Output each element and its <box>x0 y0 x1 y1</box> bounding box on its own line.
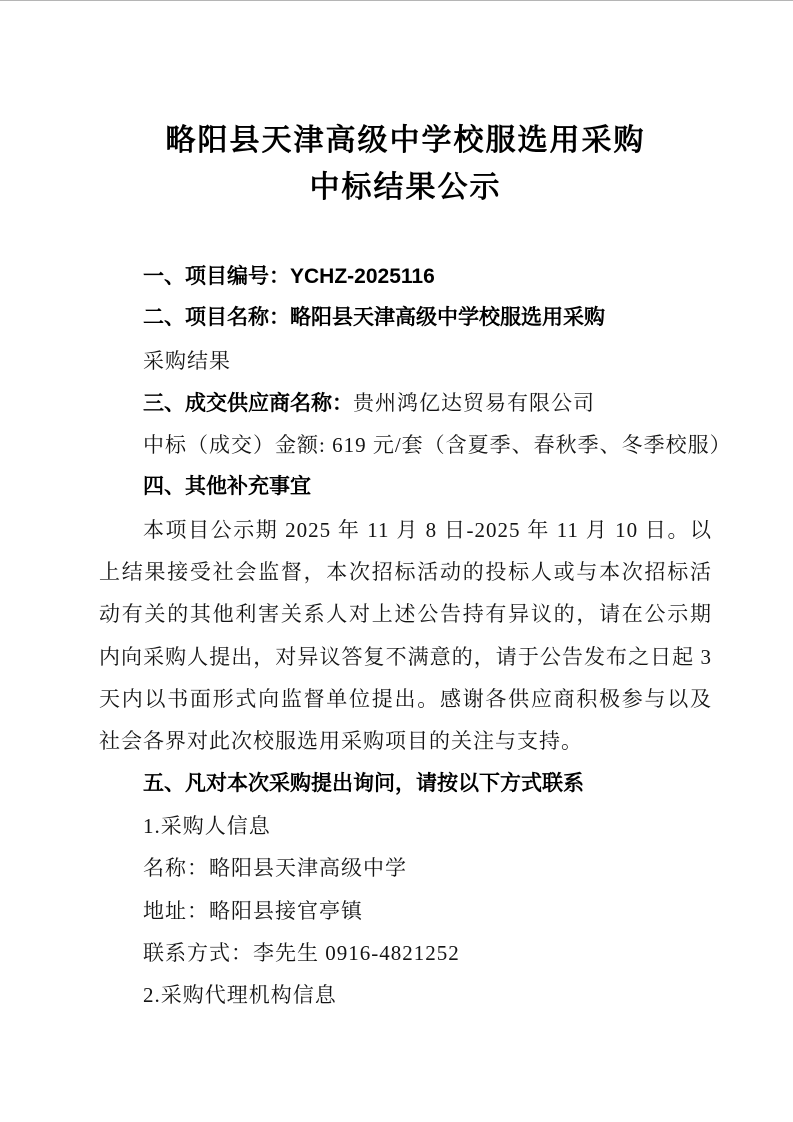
purchaser-phone-line: 联系方式：李先生 0916-4821252 <box>99 932 712 974</box>
document-page: 略阳县天津高级中学校服选用采购 中标结果公示 一、项目编号：YCHZ-20251… <box>0 0 793 1122</box>
agency-info-heading: 2.采购代理机构信息 <box>99 974 712 1016</box>
document-body: 一、项目编号：YCHZ-2025116 二、项目名称：略阳县天津高级中学校服选用… <box>99 255 712 1017</box>
purchaser-address-line: 地址：略阳县接官亭镇 <box>99 890 712 932</box>
award-amount-line: 中标（成交）金额: 619 元/套（含夏季、春秋季、冬季校服） <box>99 424 712 466</box>
title-line-2: 中标结果公示 <box>99 164 712 211</box>
project-number-value: YCHZ-2025116 <box>290 265 435 288</box>
project-name-label: 二、项目名称： <box>143 306 290 329</box>
supplier-label: 三、成交供应商名称： <box>143 392 353 415</box>
project-number-line: 一、项目编号：YCHZ-2025116 <box>99 255 712 297</box>
publicity-period-paragraph: 本项目公示期 2025 年 11 月 8 日-2025 年 11 月 10 日。… <box>99 509 712 763</box>
inquiry-contact-heading: 五、凡对本次采购提出询问，请按以下方式联系 <box>99 763 712 805</box>
project-name-continuation-line: 采购结果 <box>99 340 712 382</box>
supplier-value: 贵州鸿亿达贸易有限公司 <box>353 391 595 415</box>
purchaser-name-line: 名称：略阳县天津高级中学 <box>99 847 712 889</box>
title-line-1: 略阳县天津高级中学校服选用采购 <box>99 117 712 164</box>
project-name-value: 略阳县天津高级中学校服选用采购 <box>290 306 605 329</box>
document-content: 略阳县天津高级中学校服选用采购 中标结果公示 一、项目编号：YCHZ-20251… <box>99 117 712 1017</box>
project-number-label: 一、项目编号： <box>143 265 290 288</box>
other-matters-heading: 四、其他补充事宜 <box>99 466 712 508</box>
supplier-line: 三、成交供应商名称：贵州鸿亿达贸易有限公司 <box>99 382 712 424</box>
purchaser-info-heading: 1.采购人信息 <box>99 805 712 847</box>
project-name-line: 二、项目名称：略阳县天津高级中学校服选用采购 <box>99 297 712 339</box>
document-title: 略阳县天津高级中学校服选用采购 中标结果公示 <box>99 117 712 211</box>
